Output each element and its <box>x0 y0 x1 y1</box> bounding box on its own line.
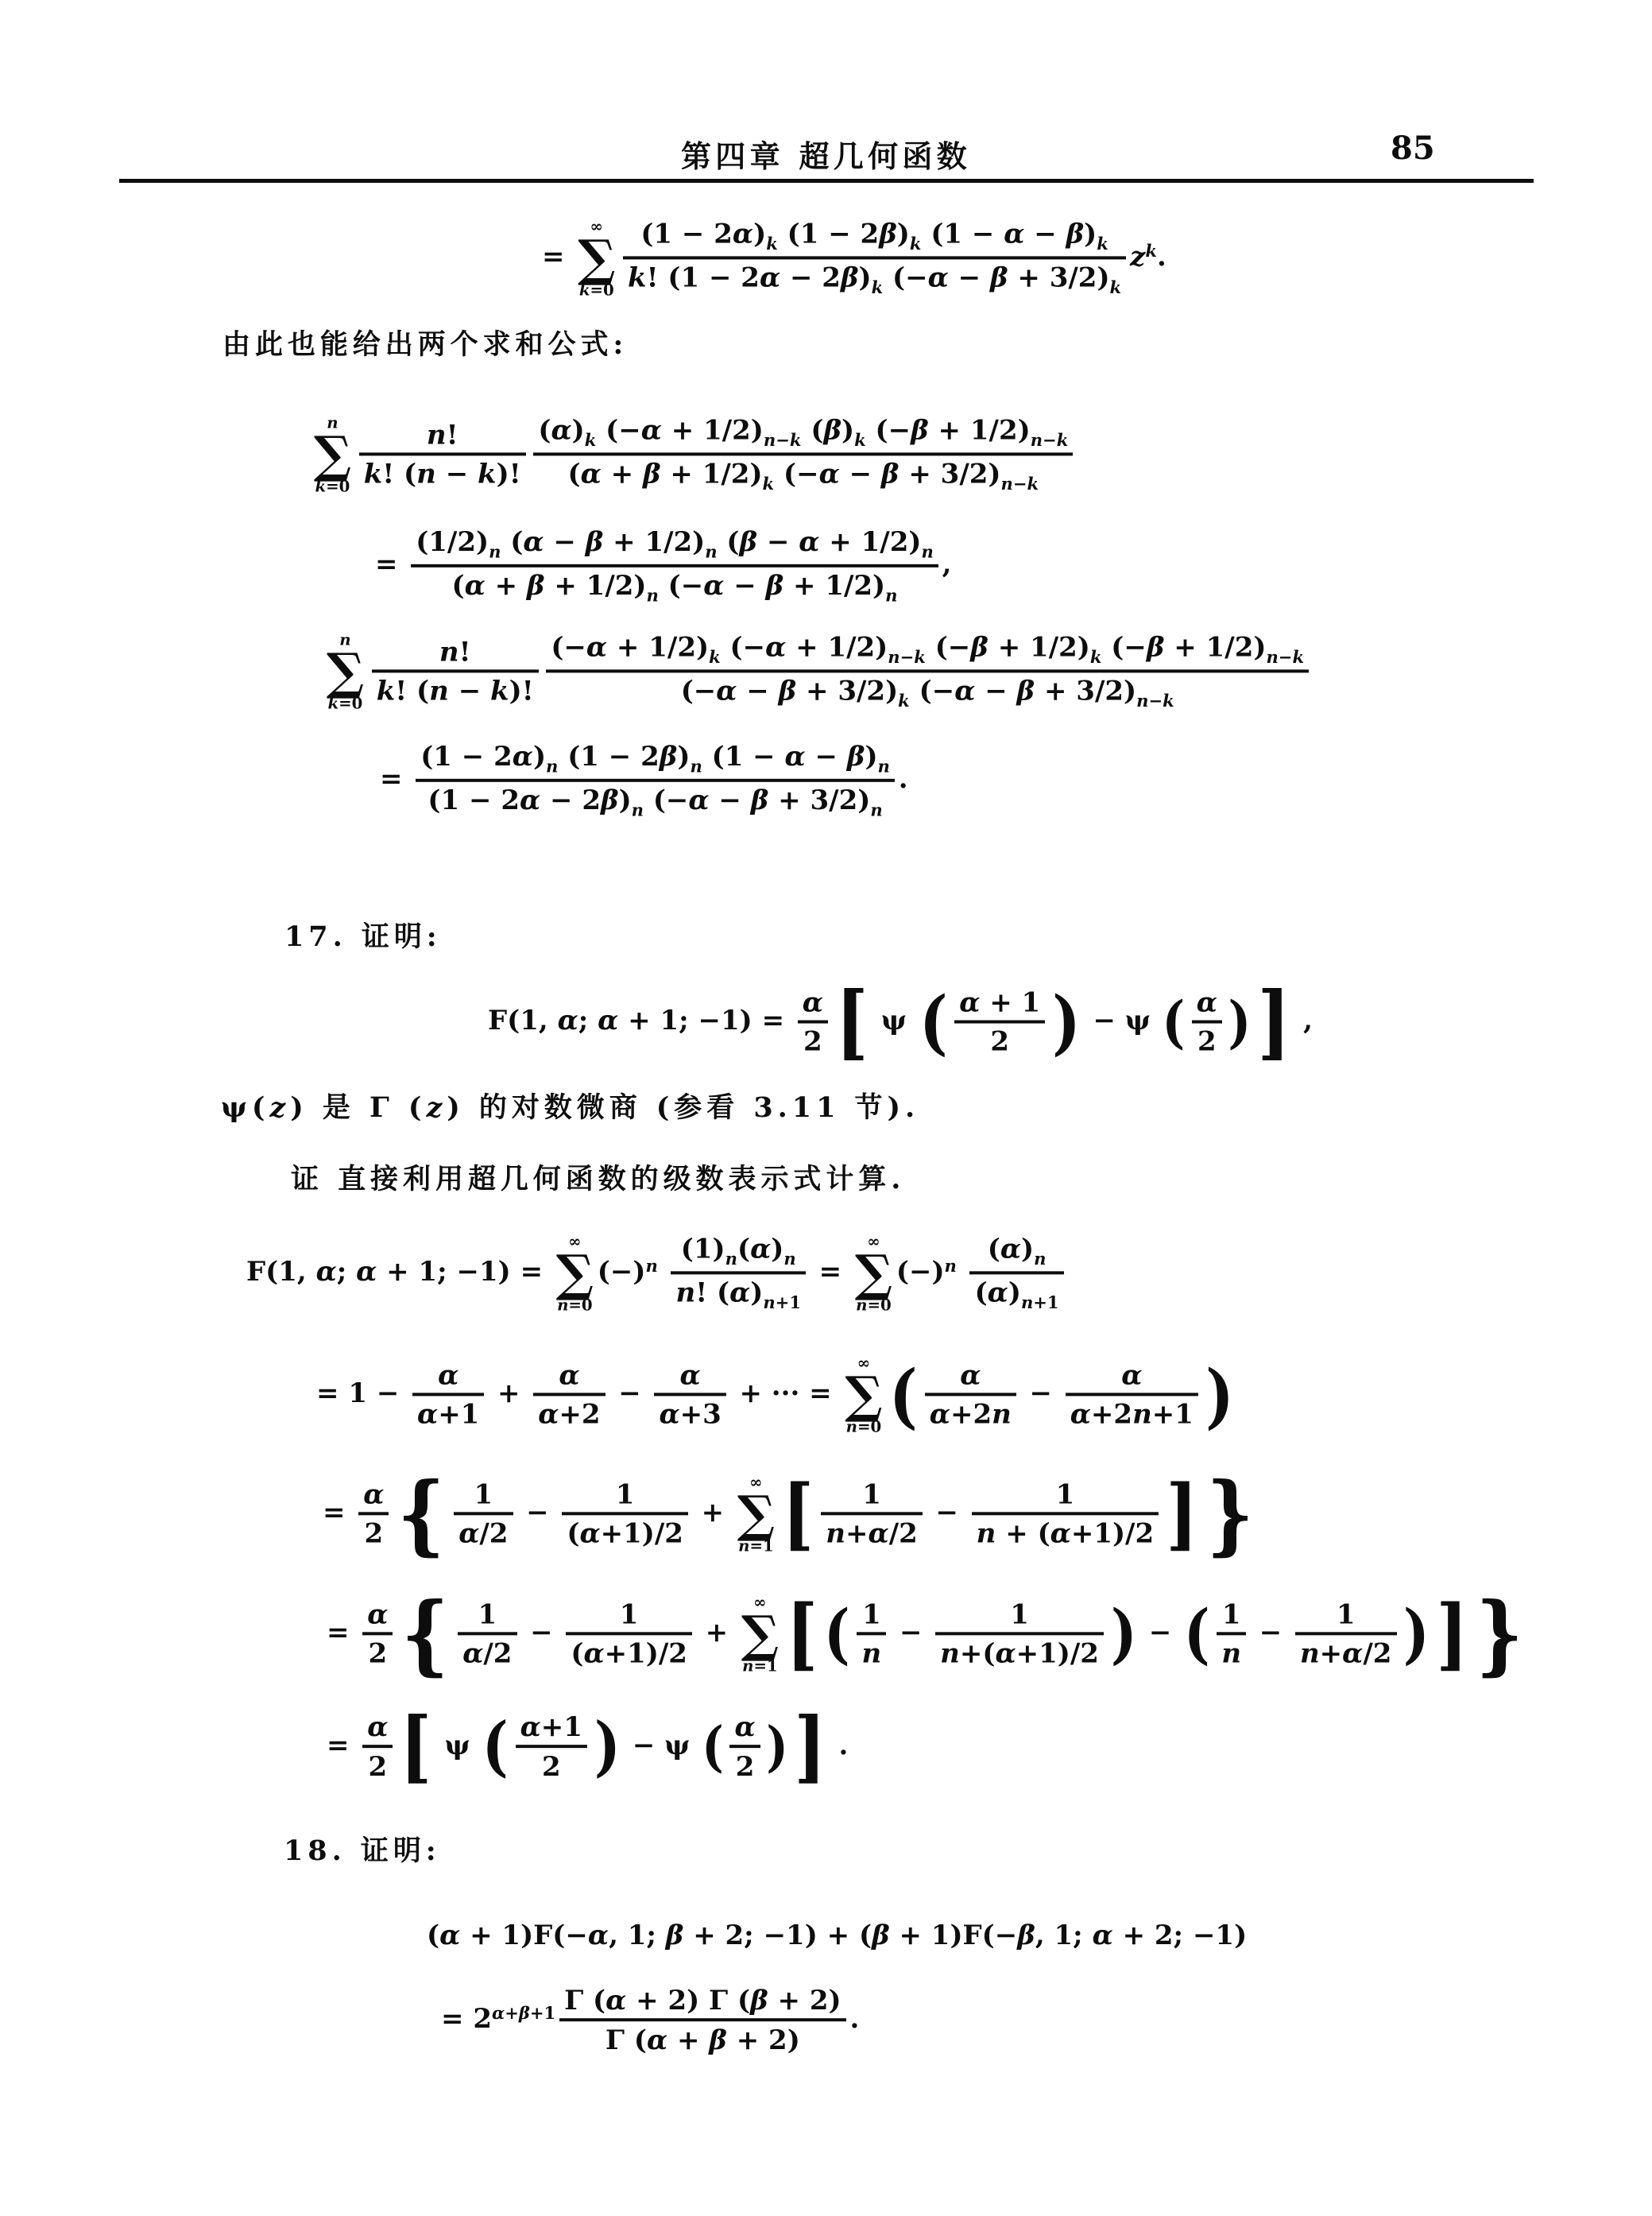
equation-17-step-3: = α2{1α/2 − 1(α+1)/2 + ∞∑n=1[1n+α/2 − 1n… <box>323 1473 1259 1555</box>
equation-18-statement-line-2: = 2α+β+1Γ (α + 2) Γ (β + 2)Γ (α + β + 2)… <box>441 1985 859 2055</box>
equation-17-step-1: F(1, α; α + 1; −1) = ∞∑n=0(−)n (1)n(α)nn… <box>246 1233 1067 1313</box>
heading-problem-18: 18. 证明: <box>284 1834 441 1868</box>
paragraph-psi-note: ψ(z) 是 Γ (z) 的对数微商 (参看 3.11 节). <box>221 1091 919 1125</box>
paragraph-intro: 由此也能给出两个求和公式: <box>222 328 628 362</box>
equation-17-step-2: = 1 − αα+1 + αα+2 − αα+3 + ··· = ∞∑n=0(α… <box>316 1354 1236 1435</box>
equation-sum-formula-1-result: = (1/2)n (α − β + 1/2)n (β − α + 1/2)n(α… <box>375 527 951 605</box>
heading-problem-17: 17. 证明: <box>284 920 442 954</box>
page-number: 85 <box>1391 130 1435 167</box>
equation-17-statement: F(1, α; α + 1; −1) = α2[ ψ (α + 12) − ψ … <box>488 984 1313 1061</box>
paragraph-proof-intro: 证 直接利用超几何函数的级数表示式计算. <box>291 1163 905 1196</box>
equation-sum-formula-2-result: = (1 − 2α)n (1 − 2β)n (1 − α − β)n(1 − 2… <box>380 742 908 819</box>
equation-series-expansion: = ∞∑k=0(1 − 2α)k (1 − 2β)k (1 − α − β)kk… <box>542 218 1166 298</box>
chapter-title: 第四章 超几何函数 <box>681 132 971 176</box>
header-rule <box>119 179 1534 183</box>
equation-18-statement-line-1: (α + 1)F(−α, 1; β + 2; −1) + (β + 1)F(−β… <box>427 1918 1247 1954</box>
book-page: 第四章 超几何函数 85 = ∞∑k=0(1 − 2α)k (1 − 2β)k … <box>0 0 1652 2216</box>
equation-sum-formula-1: n∑k=0n!k! (n − k)!(α)k (−α + 1/2)n−k (β)… <box>310 414 1077 494</box>
equation-17-step-5: = α2[ ψ (α+12) − ψ (α2)] . <box>327 1710 848 1784</box>
equation-sum-formula-2: n∑k=0n!k! (n − k)!(−α + 1/2)k (−α + 1/2)… <box>323 631 1313 711</box>
equation-17-step-4: = α2{1α/2 − 1(α+1)/2 + ∞∑n=1[(1n − 1n+(α… <box>327 1593 1528 1675</box>
